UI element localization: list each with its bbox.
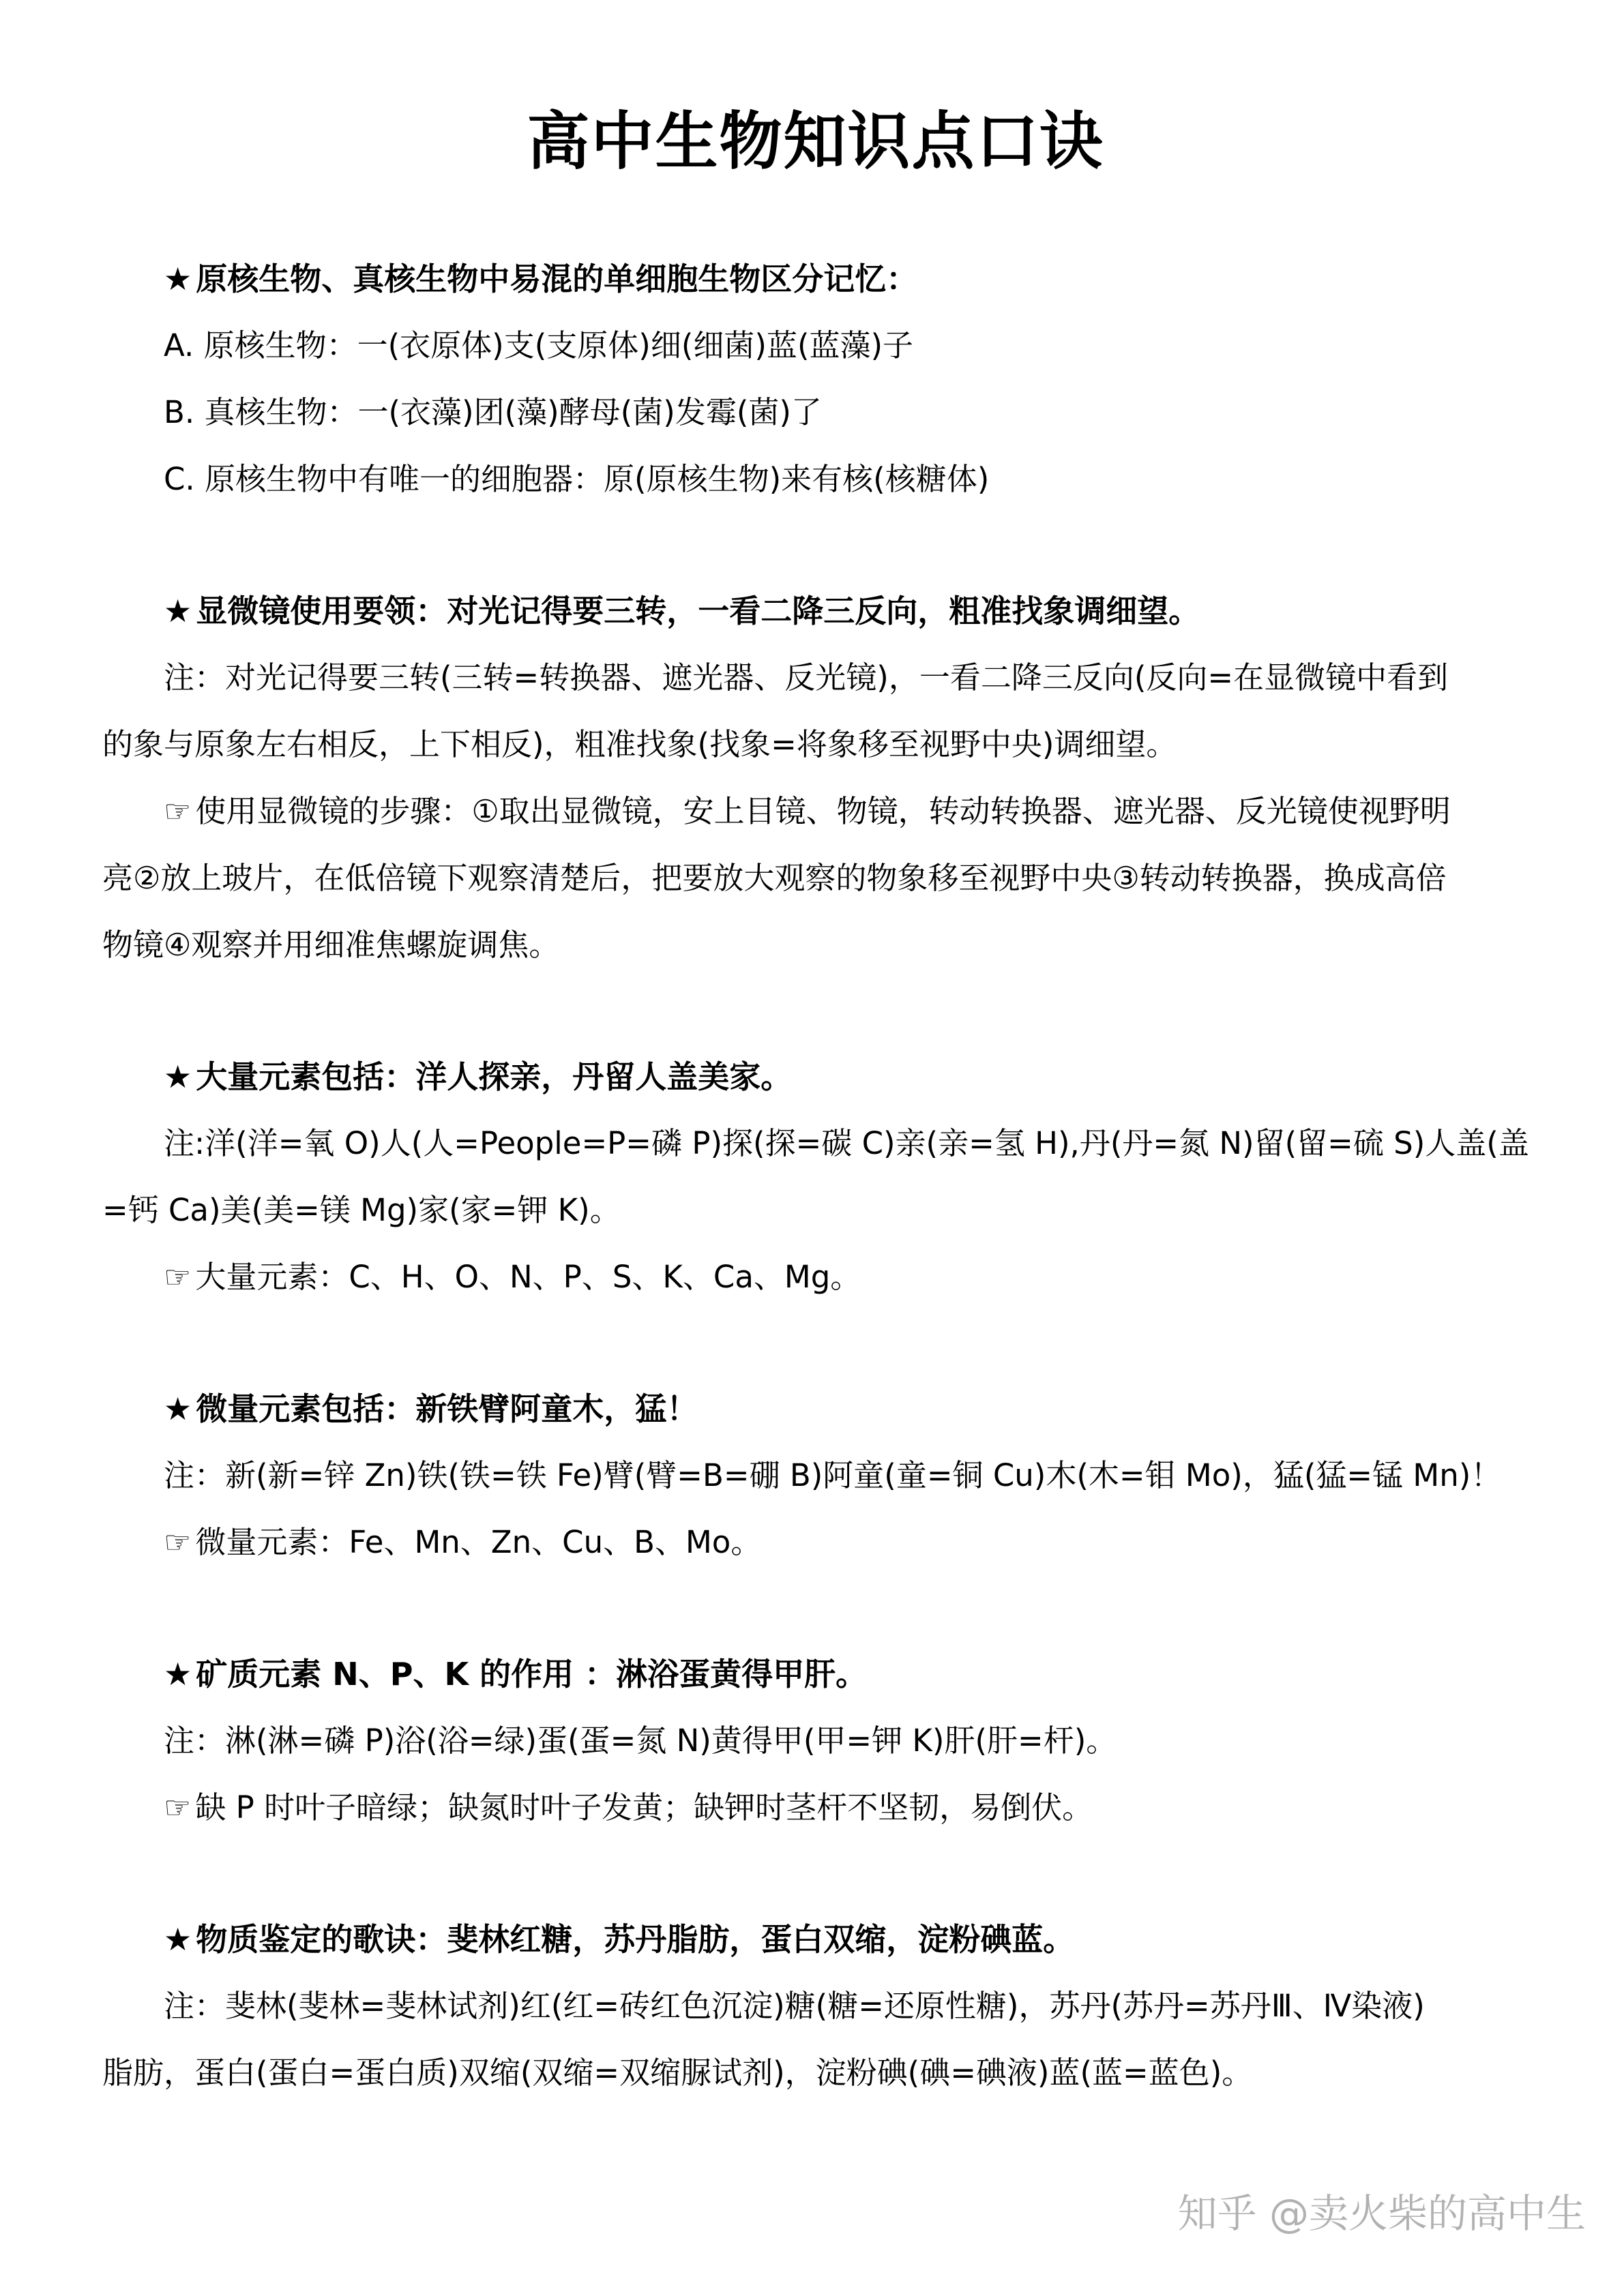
page-title: 高中生物知识点口诀 <box>102 102 1529 181</box>
pointer-note-line: ☞微量元素：Fe、Mn、Zn、Cu、B、Mo。 <box>102 1509 1529 1576</box>
note-line: 注：新(新=锌 Zn)铁(铁=铁 Fe)臂(臂=B=硼 B)阿童(童=铜 Cu)… <box>102 1442 1529 1509</box>
section-substance-identification: ★物质鉴定的歌诀：斐林红糖，苏丹脂肪，蛋白双缩，淀粉碘蓝。 注：斐林(斐林=斐林… <box>102 1906 1529 2106</box>
section-header-text: 显微镜使用要领：对光记得要三转，一看二降三反向，粗准找象调细望。 <box>196 593 1200 629</box>
section-header-text: 大量元素包括：洋人探亲，丹留人盖美家。 <box>196 1058 792 1095</box>
note-line: 注:洋(洋=氧 O)人(人=People=P=磷 P)探(探=碳 C)亲(亲=氢… <box>102 1110 1529 1177</box>
pointer-note-text: 缺 P 时叶子暗绿；缺氮时叶子发黄；缺钾时茎杆不坚韧，易倒伏。 <box>195 1789 1093 1825</box>
pointer-note-line: ☞大量元素：C、H、O、N、P、S、K、Ca、Mg。 <box>102 1244 1529 1311</box>
section-header: ★微量元素包括：新铁臂阿童木，猛！ <box>102 1375 1529 1442</box>
pointing-hand-icon: ☞ <box>164 1789 191 1825</box>
note-line-continuation: 的象与原象左右相反，上下相反)，粗准找象(找象=将象移至视野中央)调细望。 <box>102 711 1529 778</box>
pointer-note-line: ☞缺 P 时叶子暗绿；缺氮时叶子发黄；缺钾时茎杆不坚韧，易倒伏。 <box>102 1774 1529 1841</box>
star-icon: ★ <box>164 1058 192 1095</box>
pointing-hand-icon: ☞ <box>164 1259 191 1295</box>
section-header-text: 矿质元素 N、P、K 的作用 ：淋浴蛋黄得甲肝。 <box>196 1656 867 1693</box>
section-major-elements: ★大量元素包括：洋人探亲，丹留人盖美家。 注:洋(洋=氧 O)人(人=Peopl… <box>102 1043 1529 1311</box>
note-line: 注：对光记得要三转(三转=转换器、遮光器、反光镜)，一看二降三反向(反向=在显微… <box>102 644 1529 711</box>
section-mineral-elements: ★矿质元素 N、P、K 的作用 ：淋浴蛋黄得甲肝。 注：淋(淋=磷 P)浴(浴=… <box>102 1641 1529 1841</box>
mnemonic-line-a: A. 原核生物：一(衣原体)支(支原体)细(细菌)蓝(蓝藻)子 <box>102 312 1529 379</box>
star-icon: ★ <box>164 593 192 629</box>
star-icon: ★ <box>164 1921 192 1958</box>
star-icon: ★ <box>164 1390 192 1427</box>
section-header-text: 物质鉴定的歌诀：斐林红糖，苏丹脂肪，蛋白双缩，淀粉碘蓝。 <box>196 1921 1074 1958</box>
mnemonic-line-b: B. 真核生物：一(衣藻)团(藻)酵母(菌)发霉(菌)了 <box>102 379 1529 446</box>
pointer-note-text: 大量元素：C、H、O、N、P、S、K、Ca、Mg。 <box>195 1259 861 1295</box>
document-content: 高中生物知识点口诀 ★原核生物、真核生物中易混的单细胞生物区分记忆： A. 原核… <box>0 0 1624 2106</box>
note-line: 注：斐林(斐林=斐林试剂)红(红=砖红色沉淀)糖(糖=还原性糖)，苏丹(苏丹=苏… <box>102 1973 1529 2040</box>
section-header: ★显微镜使用要领：对光记得要三转，一看二降三反向，粗准找象调细望。 <box>102 578 1529 644</box>
pointer-note-text: 使用显微镜的步骤：①取出显微镜，安上目镜、物镜，转动转换器、遮光器、反光镜使视野… <box>195 793 1450 829</box>
section-header: ★原核生物、真核生物中易混的单细胞生物区分记忆： <box>102 245 1529 312</box>
zhihu-watermark: 知乎 @卖火柴的高中生 <box>1178 2190 1586 2237</box>
section-single-cell-organisms: ★原核生物、真核生物中易混的单细胞生物区分记忆： A. 原核生物：一(衣原体)支… <box>102 245 1529 513</box>
section-header: ★大量元素包括：洋人探亲，丹留人盖美家。 <box>102 1043 1529 1110</box>
pointer-note-text: 微量元素：Fe、Mn、Zn、Cu、B、Mo。 <box>195 1524 761 1560</box>
star-icon: ★ <box>164 260 192 297</box>
section-header-text: 微量元素包括：新铁臂阿童木，猛！ <box>196 1390 698 1427</box>
section-header: ★矿质元素 N、P、K 的作用 ：淋浴蛋黄得甲肝。 <box>102 1641 1529 1708</box>
section-header-text: 原核生物、真核生物中易混的单细胞生物区分记忆： <box>196 260 917 297</box>
pointer-note-line: ☞使用显微镜的步骤：①取出显微镜，安上目镜、物镜，转动转换器、遮光器、反光镜使视… <box>102 778 1529 845</box>
document-page: 高中生物知识点口诀 ★原核生物、真核生物中易混的单细胞生物区分记忆： A. 原核… <box>0 0 1624 2296</box>
pointer-note-continuation: 亮②放上玻片，在低倍镜下观察清楚后，把要放大观察的物象移至视野中央③转动转换器，… <box>102 845 1529 912</box>
section-trace-elements: ★微量元素包括：新铁臂阿童木，猛！ 注：新(新=锌 Zn)铁(铁=铁 Fe)臂(… <box>102 1375 1529 1576</box>
note-line-continuation: 脂肪，蛋白(蛋白=蛋白质)双缩(双缩=双缩脲试剂)，淀粉碘(碘=碘液)蓝(蓝=蓝… <box>102 2040 1529 2106</box>
mnemonic-line-c: C. 原核生物中有唯一的细胞器：原(原核生物)来有核(核糖体) <box>102 446 1529 513</box>
note-line-continuation: =钙 Ca)美(美=镁 Mg)家(家=钾 K)。 <box>102 1177 1529 1244</box>
section-microscope: ★显微镜使用要领：对光记得要三转，一看二降三反向，粗准找象调细望。 注：对光记得… <box>102 578 1529 979</box>
pointing-hand-icon: ☞ <box>164 1524 191 1560</box>
pointing-hand-icon: ☞ <box>164 793 191 829</box>
section-header: ★物质鉴定的歌诀：斐林红糖，苏丹脂肪，蛋白双缩，淀粉碘蓝。 <box>102 1906 1529 1973</box>
note-line: 注：淋(淋=磷 P)浴(浴=绿)蛋(蛋=氮 N)黄得甲(甲=钾 K)肝(肝=杆)… <box>102 1708 1529 1774</box>
pointer-note-continuation: 物镜④观察并用细准焦螺旋调焦。 <box>102 912 1529 979</box>
star-icon: ★ <box>164 1656 192 1693</box>
